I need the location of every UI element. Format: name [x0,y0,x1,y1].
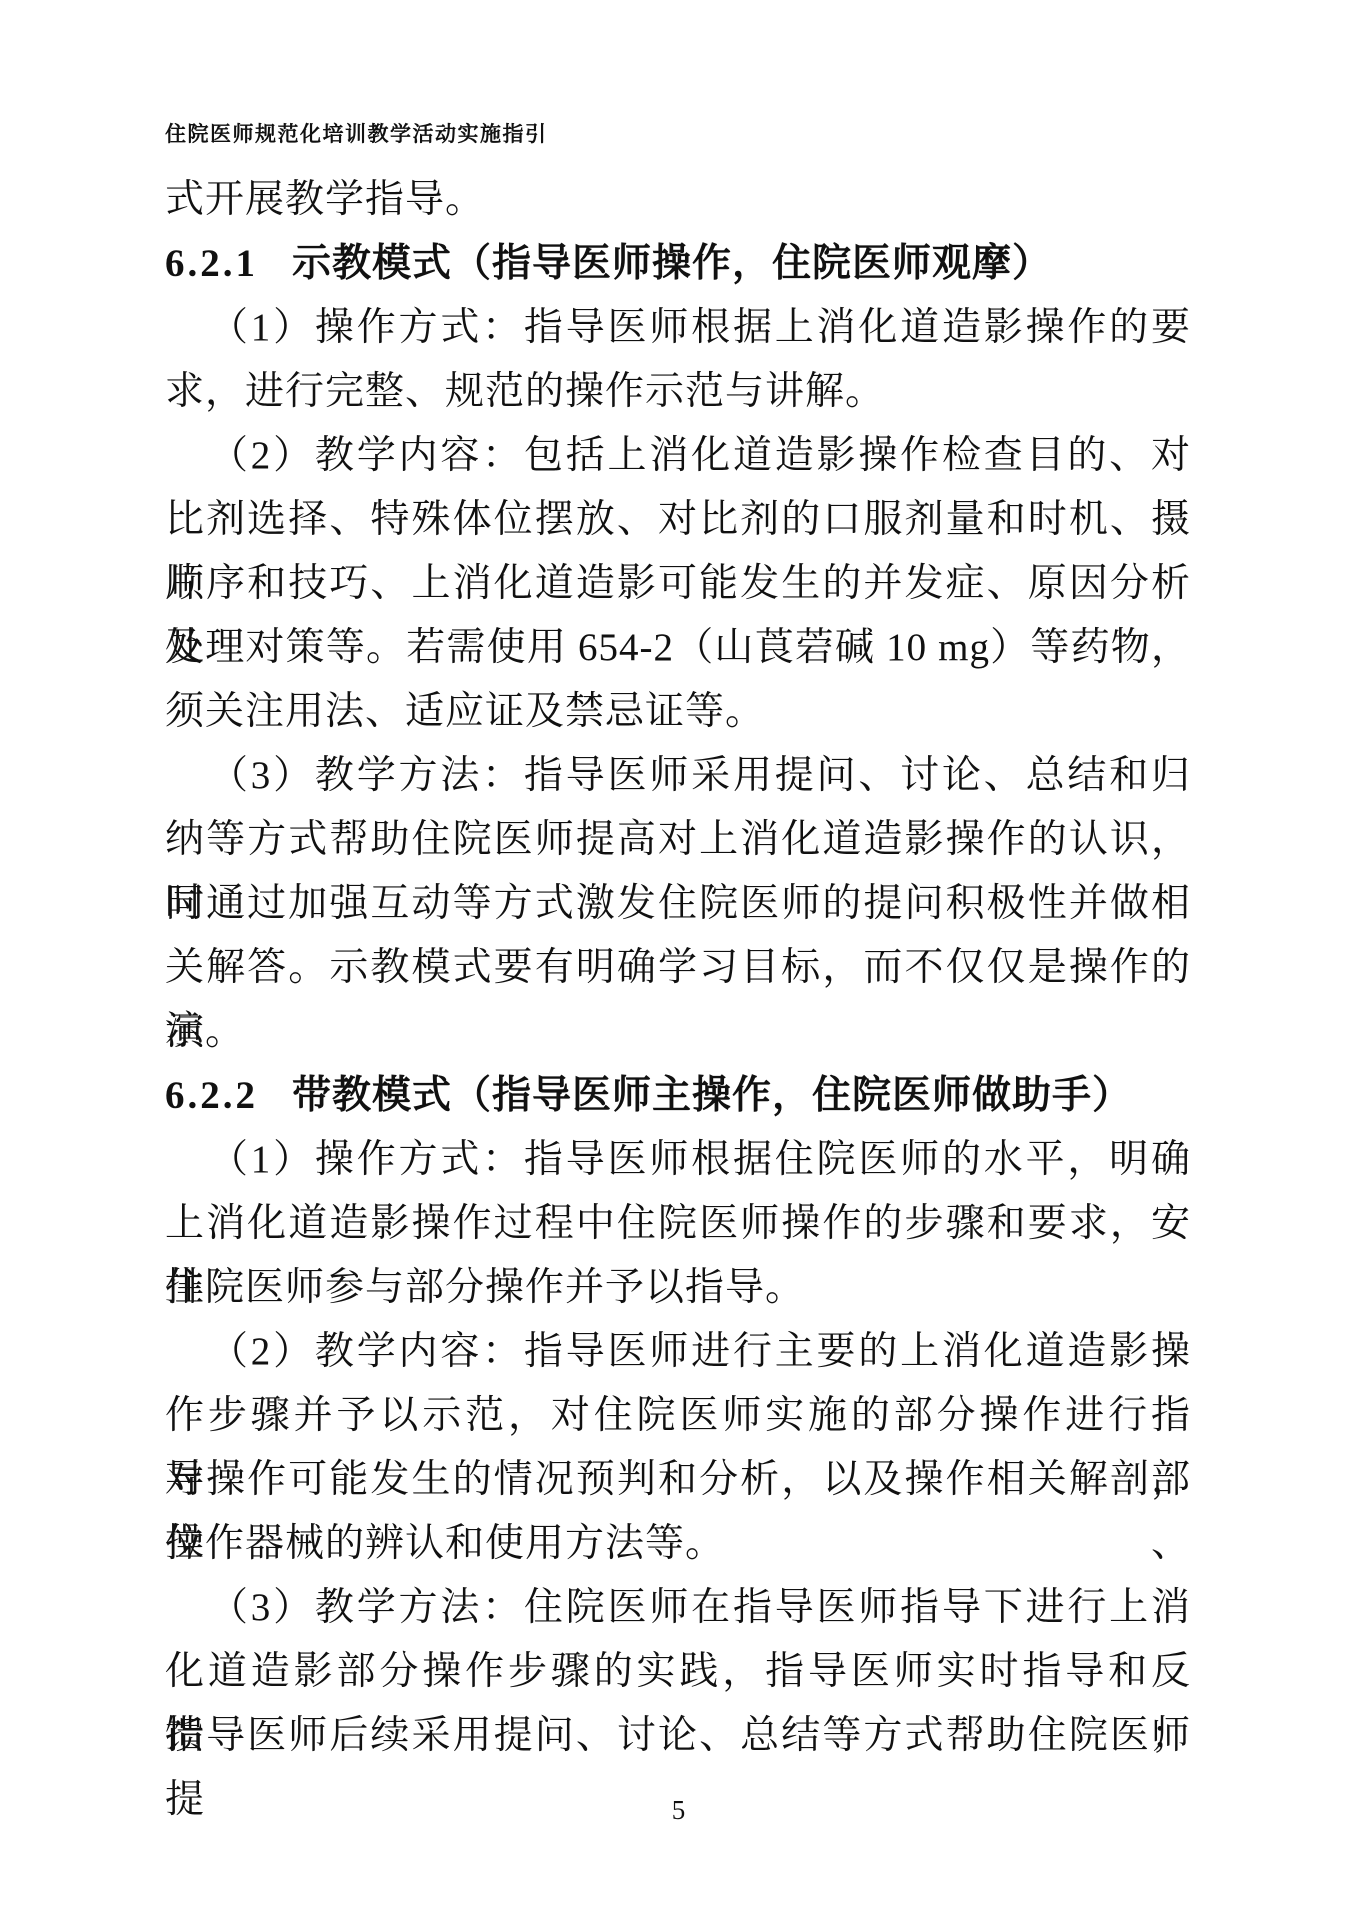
paragraph-line: 示。 [165,1000,1191,1064]
paragraph-line: （3）教学方法：住院医师在指导医师指导下进行上消 [165,1576,1191,1640]
paragraph-line: 须关注用法、适应证及禁忌证等。 [165,680,1191,744]
paragraph-line: 住院医师参与部分操作并予以指导。 [165,1256,1191,1320]
page-number: 5 [0,1788,1357,1832]
section-title: 带教模式（指导医师主操作，住院医师做助手） [292,1074,1132,1117]
paragraph-line: 顺序和技巧、上消化道造影可能发生的并发症、原因分析及 [165,552,1191,616]
section-heading: 6.2.2带教模式（指导医师主操作，住院医师做助手） [165,1064,1191,1128]
paragraph-line: 纳等方式帮助住院医师提高对上消化道造影操作的认识，同 [165,808,1191,872]
section-number: 6.2.1 [165,242,258,285]
paragraph-line: 上消化道造影操作过程中住院医师操作的步骤和要求，安排 [165,1192,1191,1256]
document-content: 式开展教学指导。6.2.1示教模式（指导医师操作，住院医师观摩）（1）操作方式：… [165,168,1191,1768]
paragraph-line: 式开展教学指导。 [165,168,1191,232]
paragraph-line: 作步骤并予以示范，对住院医师实施的部分操作进行指导， [165,1384,1191,1448]
paragraph-line: （2）教学内容：指导医师进行主要的上消化道造影操 [165,1320,1191,1384]
section-title: 示教模式（指导医师操作，住院医师观摩） [292,242,1052,285]
section-heading: 6.2.1示教模式（指导医师操作，住院医师观摩） [165,232,1191,296]
paragraph-line: 化道造影部分操作步骤的实践，指导医师实时指导和反馈； [165,1640,1191,1704]
paragraph-line: 对操作可能发生的情况预判和分析，以及操作相关解剖部位、 [165,1448,1191,1512]
section-number: 6.2.2 [165,1074,258,1117]
paragraph-line: 时通过加强互动等方式激发住院医师的提问积极性并做相 [165,872,1191,936]
paragraph-line: （2）教学内容：包括上消化道造影操作检查目的、对 [165,424,1191,488]
paragraph-line: （1）操作方式：指导医师根据住院医师的水平，明确 [165,1128,1191,1192]
paragraph-line: （1）操作方式：指导医师根据上消化道造影操作的要 [165,296,1191,360]
paragraph-line: 比剂选择、特殊体位摆放、对比剂的口服剂量和时机、摄片 [165,488,1191,552]
running-header: 住院医师规范化培训教学活动实施指引 [165,118,548,148]
paragraph-line: （3）教学方法：指导医师采用提问、讨论、总结和归 [165,744,1191,808]
paragraph-line: 指导医师后续采用提问、讨论、总结等方式帮助住院医师提 [165,1704,1191,1768]
paragraph-line: 处理对策等。若需使用 654-2（山莨菪碱 10 mg）等药物， [165,616,1191,680]
paragraph-line: 关解答。示教模式要有明确学习目标，而不仅仅是操作的演 [165,936,1191,1000]
paragraph-line: 求，进行完整、规范的操作示范与讲解。 [165,360,1191,424]
